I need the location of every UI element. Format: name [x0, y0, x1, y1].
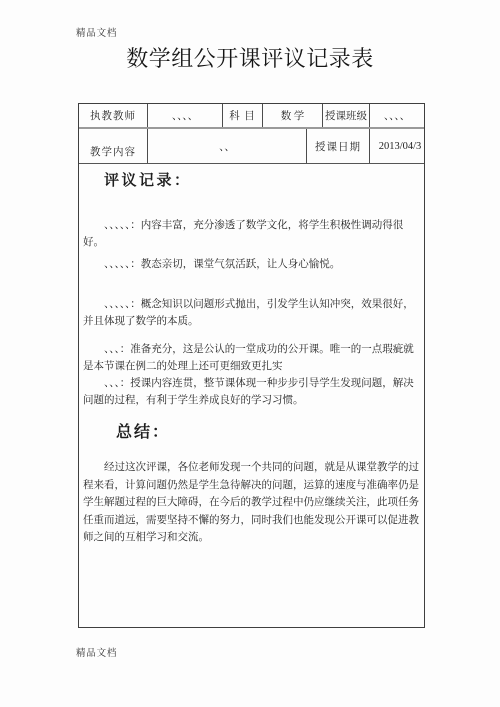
date-value-cell: 2013/04/3: [370, 129, 424, 163]
teacher-value-cell: 、、、、: [148, 104, 223, 127]
content-label-cell: 教学内容: [79, 129, 148, 163]
document-page: 精品文档 数学组公开课评议记录表 执教教师 、、、、 科 目 数 学 授课班级 …: [0, 0, 500, 707]
summary-heading: 总结：: [116, 423, 422, 443]
class-value-cell: 、、、、: [370, 104, 424, 127]
record-table: 执教教师 、、、、 科 目 数 学 授课班级 、、、、 教学内容 、、 授课日期…: [78, 103, 425, 628]
subject-label-cell: 科 目: [223, 104, 263, 127]
subject-value-cell: 数 学: [263, 104, 323, 127]
bottom-watermark: 精品文档: [76, 645, 117, 659]
comment-paragraph: 、、、：授课内容连贯，整节课体现一种步步引导学生发现问题，解决问题的过程，有利于…: [83, 375, 422, 409]
comment-paragraph: 、、、、、：内容丰富，充分渗透了数学文化，将学生积极性调动得很好。: [83, 217, 422, 251]
record-heading: 评议记录：: [104, 172, 422, 190]
page-title: 数学组公开课评议记录表: [3, 42, 497, 73]
date-label-cell: 授课日期: [307, 129, 370, 163]
top-watermark: 精品文档: [76, 25, 117, 39]
teacher-label-cell: 执教教师: [79, 104, 148, 127]
comment-paragraph: 、、、、、：概念知识以问题形式抛出，引发学生认知冲突，效果很好，并且体现了数学的…: [83, 296, 422, 330]
content-value-cell: 、、: [148, 129, 307, 163]
table-header-row-1: 执教教师 、、、、 科 目 数 学 授课班级 、、、、: [79, 104, 424, 129]
table-header-row-2: 教学内容 、、 授课日期 2013/04/3: [79, 129, 424, 164]
record-cell: 评议记录： 、、、、、：内容丰富，充分渗透了数学文化，将学生积极性调动得很好。 …: [79, 164, 424, 627]
summary-paragraph: 经过这次评课，各位老师发现一个共同的问题，就是从课堂教学的过程来看，计算问题仍然…: [83, 459, 422, 547]
class-label-cell: 授课班级: [323, 104, 370, 127]
comment-paragraph: 、、、、、：教态亲切，课堂气氛活跃，让人身心愉悦。: [83, 256, 422, 273]
comment-paragraph: 、、、：准备充分，这是公认的一堂成功的公开课。唯一的一点瑕疵就是本节课在例二的处…: [83, 341, 422, 375]
